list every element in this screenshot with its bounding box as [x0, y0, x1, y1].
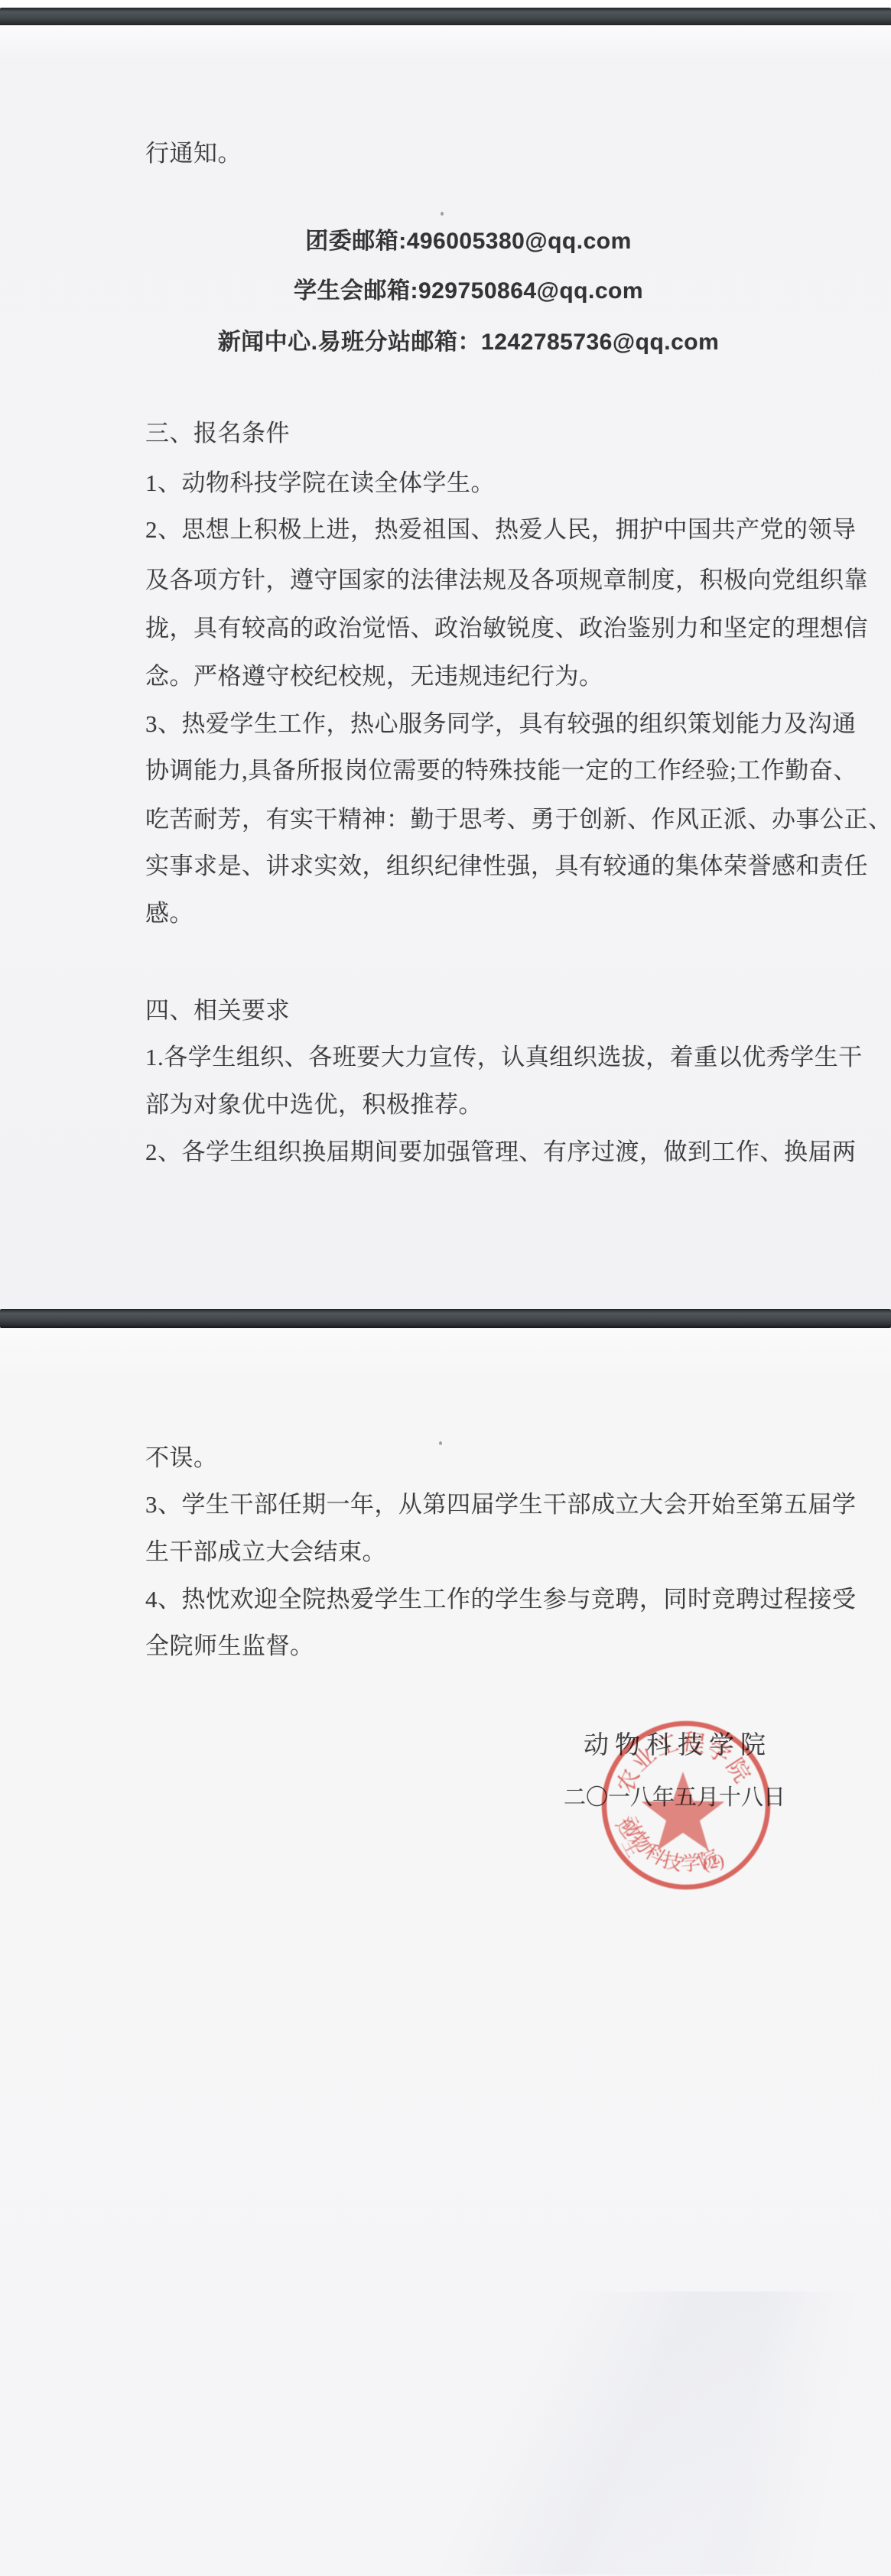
seal-number: (2) [701, 1851, 726, 1874]
scanner-divider-bar-top [0, 8, 891, 27]
doc-line: 及各项方针，遵守国家的法律法规及各项规章制度，积极向党组织靠 [145, 564, 868, 596]
doc-line: 协调能力,具备所报岗位需要的特殊技能一定的工作经验;工作勤奋、 [145, 755, 857, 787]
doc-line: 拢，具有较高的政治觉悟、政治敏锐度、政治鉴别力和坚定的理想信 [145, 612, 868, 645]
doc-line: 3、热爱学生工作，热心服务同学，具有较强的组织策划能力及沟通 [145, 708, 857, 740]
doc-line: 2、各学生组织换届期间要加强管理、有序过渡，做到工作、换届两 [145, 1136, 857, 1168]
scanned-document: 行通知。 团委邮箱:496005380@qq.com 学生会邮箱:9297508… [0, 0, 891, 2576]
email-line-student-union: 学生会邮箱:929750864@qq.com [23, 275, 891, 307]
doc-line: 2、思想上积极上进，热爱祖国、热爱人民，拥护中国共产党的领导 [145, 514, 857, 546]
paper-wrinkle [0, 2292, 891, 2574]
doc-line: 实事求是、讲求实效，组织纪律性强，具有较通的集体荣誉感和责任 [145, 850, 868, 882]
doc-line: 4、热忱欢迎全院热爱学生工作的学生参与竞聘，同时竞聘过程接受 [145, 1584, 857, 1616]
doc-line: 3、学生干部任期一年，从第四届学生干部成立大会开始至第五届学 [145, 1489, 857, 1521]
doc-line: 1、动物科技学院在读全体学生。 [145, 467, 495, 499]
doc-line: 不误。 [145, 1442, 218, 1474]
official-seal-stamp: 农业工程学院 动物科技学院 (2) 迎 生 [594, 1714, 778, 1897]
scan-speck [441, 212, 444, 216]
scan-speck [439, 1441, 442, 1445]
doc-line: 部为对象优中选优，积极推荐。 [145, 1089, 483, 1121]
email-line-league-committee: 团委邮箱:496005380@qq.com [23, 226, 891, 258]
section-four-title: 四、相关要求 [145, 995, 290, 1027]
section-three-title: 三、报名条件 [145, 417, 290, 450]
doc-line: 全院师生监督。 [145, 1630, 314, 1662]
doc-line-continuation: 行通知。 [145, 138, 242, 170]
doc-line: 生干部成立大会结束。 [145, 1536, 386, 1568]
star-icon [642, 1772, 724, 1850]
email-line-news-center: 新闻中心.易班分站邮箱：1242785736@qq.com [23, 326, 891, 359]
doc-line: 吃苦耐芳，有实干精神：勤于思考、勇于创新、作风正派、办事公正、 [145, 804, 891, 836]
scanner-divider-bar-middle [0, 1309, 891, 1328]
doc-line: 念。严格遵守校纪校规，无违规违纪行为。 [145, 661, 603, 693]
doc-line: 感。 [145, 898, 193, 930]
doc-line: 1.各学生组织、各班要大力宣传，认真组织选拔，着重以优秀学生干 [145, 1041, 863, 1074]
